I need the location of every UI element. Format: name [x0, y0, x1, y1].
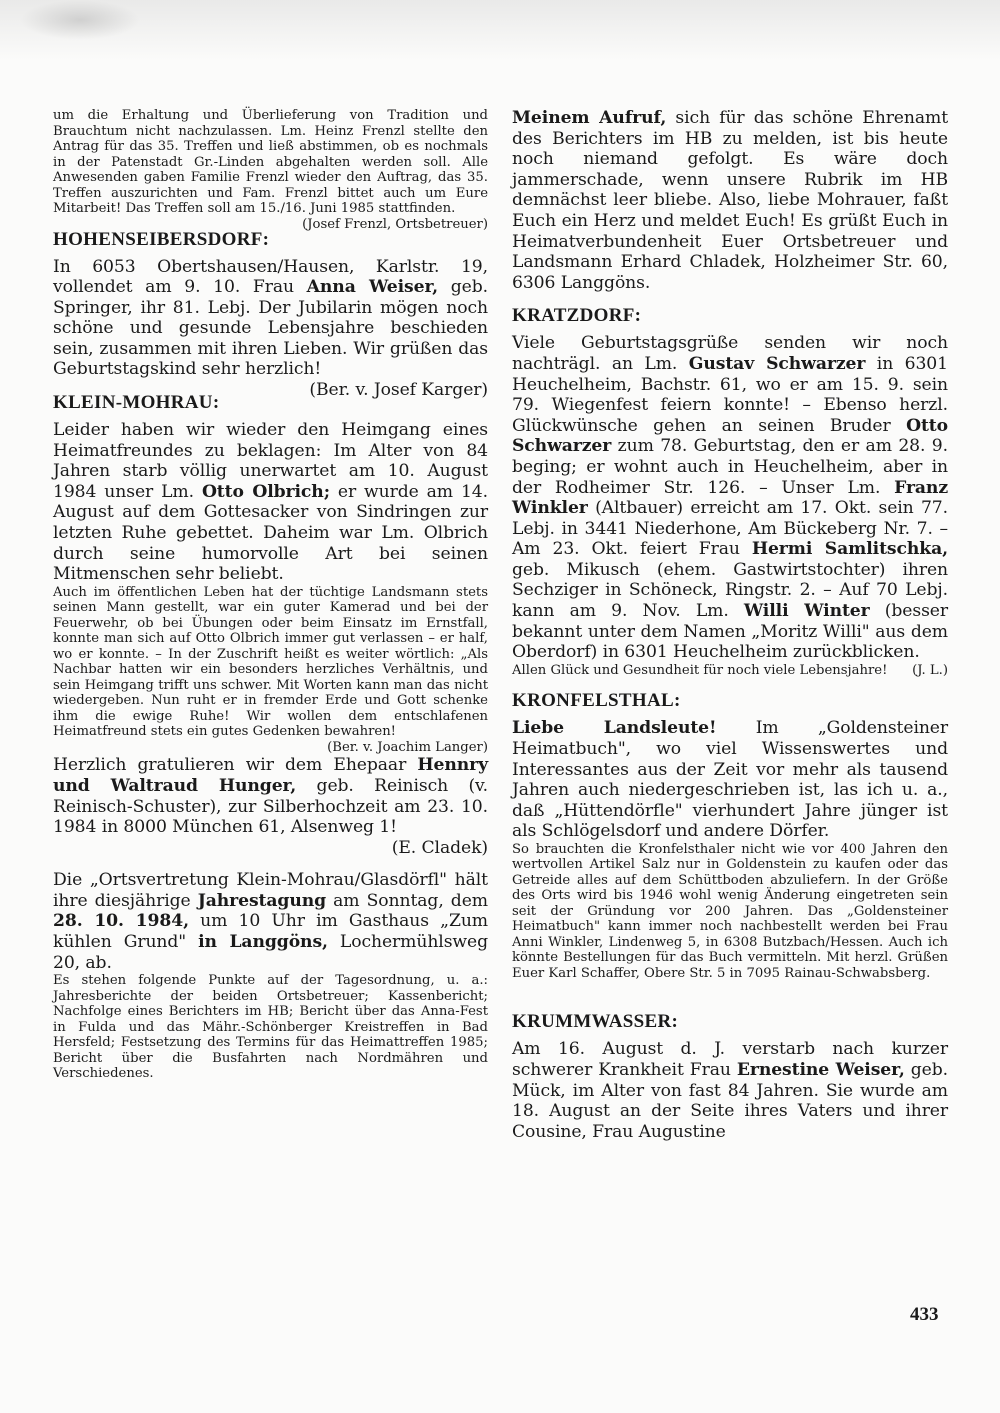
name-hermi-samlitschka: Hermi Samlitschka,: [752, 539, 948, 559]
event-date: 28. 10. 1984,: [53, 911, 189, 931]
name-gustav-schwarzer: Gustav Schwarzer: [689, 354, 866, 374]
scan-smudge: [20, 0, 140, 40]
name-willi-winter: Willi Winter: [744, 601, 870, 621]
klein-mohrau-paragraph-5: Es stehen folgende Punkte auf der Tageso…: [53, 973, 488, 1082]
greeting: Liebe Landsleute!: [512, 718, 716, 738]
right-column: Meinem Aufruf, sich für das schöne Ehren…: [512, 108, 948, 1142]
klein-mohrau-byline-1: (Ber. v. Joachim Langer): [53, 740, 488, 756]
klein-mohrau-paragraph-3: Herzlich gratulieren wir dem Ehepaar Hen…: [53, 755, 488, 837]
name-ernestine-weiser: Ernestine Weiser,: [737, 1060, 905, 1080]
hohenseibersdorf-byline: (Ber. v. Josef Karger): [309, 380, 488, 401]
kronfelsthal-paragraph-1: Liebe Landsleute! Im „Goldensteiner Heim…: [512, 718, 948, 842]
section-heading-kratzdorf: KRATZDORF:: [512, 305, 948, 327]
text: sich für das schöne Ehrenamt des Bericht…: [512, 108, 948, 293]
aufruf-paragraph: Meinem Aufruf, sich für das schöne Ehren…: [512, 108, 948, 293]
aufruf-lead: Meinem Aufruf,: [512, 108, 666, 128]
text: Allen Glück und Gesundheit für noch viel…: [512, 663, 887, 678]
name-anna-weiser: Anna Weiser,: [307, 277, 438, 297]
hohenseibersdorf-paragraph: In 6053 Obertshausen/Hausen, Karlstr. 19…: [53, 257, 488, 381]
event-place: in Langgöns,: [198, 932, 328, 952]
section-heading-kronfelsthal: KRONFELSTHAL:: [512, 690, 948, 712]
klein-mohrau-paragraph-2: Auch im öffentlichen Leben hat der tücht…: [53, 585, 488, 740]
intro-text: um die Erhaltung und Überlieferung von T…: [53, 108, 488, 216]
klein-mohrau-paragraph-1: Leider haben wir wieder den Heimgang ein…: [53, 420, 488, 585]
klein-mohrau-paragraph-4: Die „Ortsvertretung Klein-Mohrau/Glasdör…: [53, 870, 488, 973]
section-heading-krummwasser: KRUMMWASSER:: [512, 1011, 948, 1033]
intro-paragraph: um die Erhaltung und Überlieferung von T…: [53, 108, 488, 217]
scan-shading: [0, 0, 1000, 60]
text: am Sonntag, dem: [326, 891, 488, 911]
kratzdorf-closing: Allen Glück und Gesundheit für noch viel…: [512, 663, 948, 679]
intro-byline: (Josef Frenzl, Ortsbetreuer): [302, 217, 488, 233]
krummwasser-paragraph: Am 16. August d. J. verstarb nach kurzer…: [512, 1039, 948, 1142]
jahrestagung: Jahrestagung: [198, 891, 326, 911]
page-number: 433: [910, 1304, 939, 1326]
kratzdorf-byline: (J. L.): [912, 663, 948, 679]
name-otto-olbrich: Otto Olbrich;: [202, 482, 330, 502]
kratzdorf-paragraph: Viele Geburtstagsgrüße senden wir noch n…: [512, 333, 948, 663]
left-column: um die Erhaltung und Überlieferung von T…: [53, 108, 488, 1082]
text: Herzlich gratulieren wir dem Ehepaar: [53, 755, 417, 775]
klein-mohrau-byline-2: (E. Cladek): [53, 838, 488, 859]
kronfelsthal-paragraph-2: So brauchten die Kronfelsthaler nicht wi…: [512, 842, 948, 982]
